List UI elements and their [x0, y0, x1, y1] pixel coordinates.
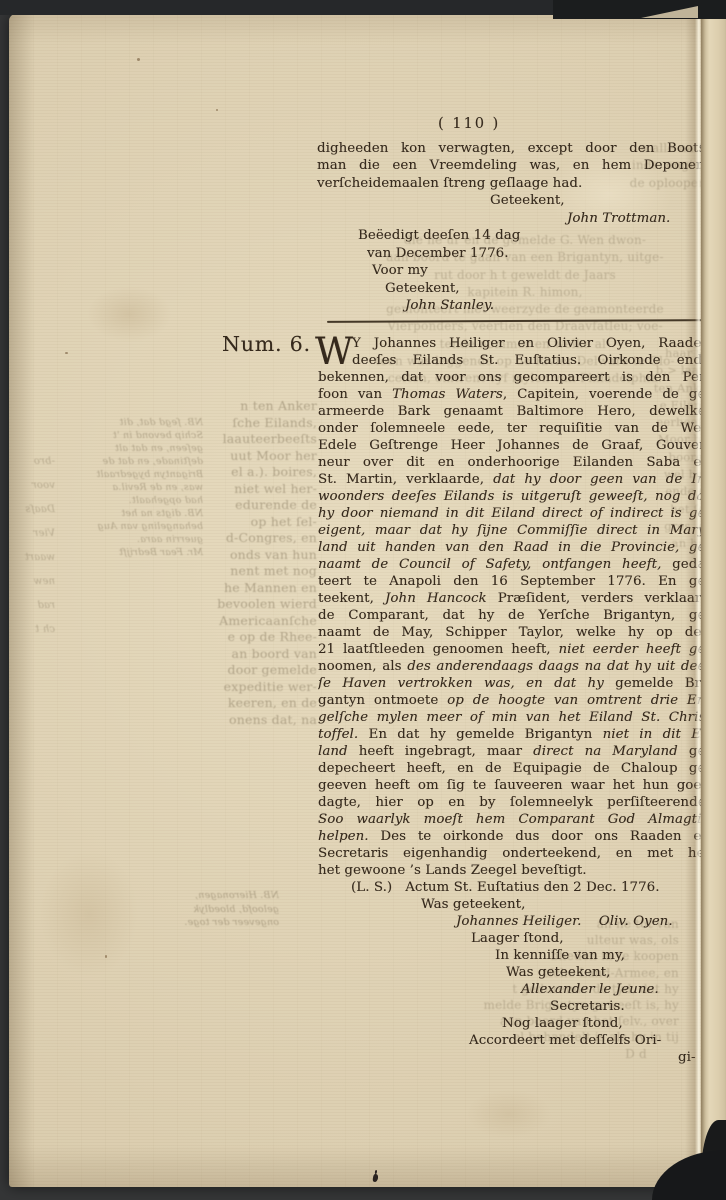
- text-line: verſcheidemaalen ſtreng geſlaage had.: [317, 175, 582, 192]
- text-line: toffel. En dat hy gemelde Brigantyn niet…: [318, 726, 710, 743]
- scanner-top-band-dark: [553, 0, 726, 19]
- text-line: In kenniſſe van my,: [495, 947, 625, 964]
- text-line: armeerde Bark genaamt Baltimore Hero, de…: [318, 403, 710, 420]
- text-line: woonders deeſes Eilands is uitgeruſt gew…: [318, 488, 710, 505]
- text-line: gelſche mylen meer of min van het Eiland…: [318, 709, 710, 726]
- bleedthrough-text: NB. ſegd dat, ditSchip bevond in 'tgeſee…: [87, 417, 203, 560]
- text-line: ſe Haven vertrokken was, en dat hy gemel…: [318, 675, 710, 692]
- text-line: Voor my: [372, 262, 428, 279]
- paper-speck: [216, 109, 218, 111]
- text-line: helpen. Des te oirkonde dus door ons Raa…: [318, 828, 710, 845]
- text-line: teert te Anapoli den 16 September 1776. …: [318, 573, 710, 590]
- text-line: 21 laatſtleeden genoomen heeft, niet eer…: [318, 641, 710, 658]
- text-line: gantyn ontmoete op de hoogte van omtrent…: [318, 692, 710, 709]
- paper-speck: [137, 58, 140, 61]
- bleedthrough-text: -brovoorDaaſsVierwaartnewradch t: [11, 456, 55, 648]
- text-line: foon van Thomas Waters, Capitein, voeren…: [318, 386, 710, 403]
- paper-speck: [105, 955, 107, 958]
- text-line: naamt de May, Schipper Taylor, welke hy …: [318, 624, 710, 641]
- text-line: deeſes Eilands St. Euſtatius. Oirkonde e…: [352, 352, 710, 369]
- text-line: land heeft ingebragt, maar direct na Mar…: [318, 743, 710, 760]
- text-line: Geteekent,: [490, 192, 565, 209]
- text-line: digheeden kon verwagten, except door den…: [317, 140, 710, 157]
- text-line: van December 1776.: [367, 245, 509, 262]
- text-line: Edele Geſtrenge Heer Johannes de Graaf, …: [318, 437, 710, 454]
- text-line: Y Johannes Heiliger en Olivier Oyen, Raa…: [352, 335, 710, 352]
- text-line: teekent, John Hancock Præſident, verders…: [318, 590, 710, 607]
- text-line: Accordeert met deſſelfs Ori-: [469, 1032, 661, 1049]
- council-signatures: Johannes Heiliger. Oliv. Oyen.: [456, 913, 673, 930]
- paper-speck: [65, 352, 68, 354]
- text-line: Soo waarlyk moeſt hem Comparant God Alma…: [318, 811, 710, 828]
- text-line: dagte, hier op en by ſolemneelyk perſiſt…: [318, 794, 710, 811]
- next-leaf-edge: [701, 12, 726, 1160]
- drop-cap: W: [315, 335, 353, 368]
- bleedthrough-text: n ten Ankerſche Eilands,laauteerbeeſtsuu…: [205, 398, 317, 728]
- record-number-label: Num. 6.: [222, 332, 311, 356]
- text-line: noomen, als des anderendaags daags na da…: [318, 658, 710, 675]
- text-line: land uit handen van den Raad in die Prov…: [318, 539, 710, 556]
- text-line: (L. S.) Actum St. Euſtatius den 2 Dec. 1…: [351, 879, 660, 896]
- text-line: St. Martin, verklaarde, dat hy door geen…: [318, 471, 710, 488]
- page-fold-highlight: [685, 14, 701, 1174]
- text-line: naamt de Council of Safety, ontfangen he…: [318, 556, 710, 573]
- text-line: Was geteekent,: [506, 964, 610, 981]
- text-line: neur over dit en onderhoorige Eilanden S…: [318, 454, 710, 471]
- text-line: het gewoone ’s Lands Zeegel beveſtigt.: [318, 862, 587, 879]
- text-line: Laager ſtond,: [471, 930, 564, 947]
- text-line: Secretaris eigenhandig onderteekend, en …: [318, 845, 710, 862]
- text-line: Geteekent,: [385, 280, 460, 297]
- text-line: man die een Vreemdeling was, en hem Depo…: [317, 157, 710, 174]
- text-line: Beëedigt deeſen 14 dag: [358, 227, 520, 244]
- text-line: Nog laager ſtond,: [502, 1015, 623, 1032]
- text-line: de Comparant, dat hy de Yerſche Briganty…: [318, 607, 710, 624]
- book-scan: n alle naſteinds. ongies,de oploopen)die…: [0, 0, 726, 1200]
- text-line: bekennen, dat voor ons gecompareert is d…: [318, 369, 710, 386]
- witness-signature: John Trottman.: [567, 210, 670, 227]
- text-line: eigent, maar dat hy ſijne Commiſſie dire…: [318, 522, 710, 539]
- notary-signature: John Stanley.: [405, 297, 494, 314]
- text-line: Was geteekent,: [421, 896, 525, 913]
- text-line: hy door niemand in dit Eiland direct of …: [318, 505, 710, 522]
- book-page: n alle naſteinds. ongies,de oploopen)die…: [9, 14, 726, 1187]
- page-number: ( 110 ): [438, 116, 500, 132]
- text-line: geeven heeft om ſig te ſauveeren waar he…: [318, 777, 710, 794]
- text-line: Secretaris.: [550, 998, 625, 1015]
- text-line: depecheert heeft, en de Equipagie de Cha…: [318, 760, 710, 777]
- bleedthrough-text: NB. Hieronagen,geloofd, bloedlykongeveer…: [169, 890, 279, 931]
- text-line: onder ſolemneele eede, ter requiſitie va…: [318, 420, 710, 437]
- secretary-signature: Allexander le Jeune.: [521, 981, 659, 998]
